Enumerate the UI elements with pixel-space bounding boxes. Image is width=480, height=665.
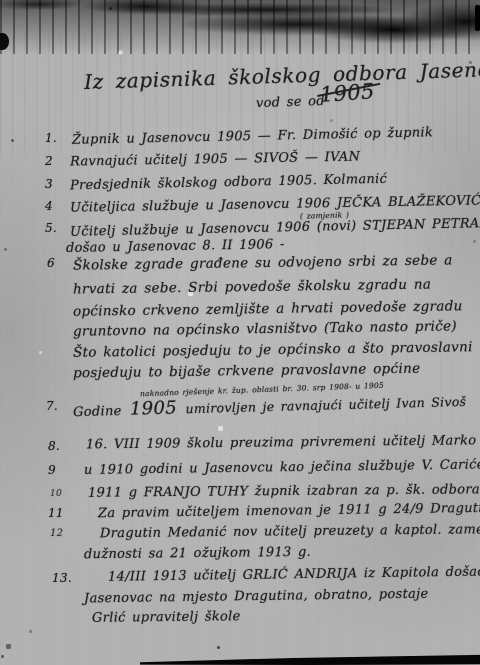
document-subtitle-year: 1905 <box>319 80 375 107</box>
scan-edge-mark-right <box>475 5 480 31</box>
entry-number: 1. <box>45 132 57 145</box>
entry-line-year: 1905 <box>128 397 180 419</box>
scan-edge-artifact-top <box>0 0 480 54</box>
entry-line: Grlić upravitelj škole <box>92 610 241 626</box>
document-subtitle: vod se od <box>256 95 325 112</box>
entry-line: Za pravim učiteljem imenovan je 1911 g 2… <box>98 501 480 522</box>
entry-number: 12 <box>50 528 63 539</box>
document-title: Iz zapisnika školskog odbora Jasenovac <box>84 57 480 93</box>
entry-line: došao u Jasenovac 8. II 1906 - <box>66 238 285 256</box>
entry-line: Župnik u Jasenovcu 1905 — Fr. Dimošić op… <box>72 126 433 148</box>
scan-noise-dark <box>0 0 1 1</box>
entry-line: 1911 g FRANJO TUHY župnik izabran za p. … <box>88 483 480 501</box>
entry-line: gruntovno na općinsko vlasništvo (Tako n… <box>73 319 457 339</box>
entry-line: Što katolici posjeduju to je općinsko a … <box>73 340 473 360</box>
scanned-manuscript-page: Iz zapisnika školskog odbora Jasenovac v… <box>0 0 480 665</box>
entry-line: Predsjednik školskog odbora 1905. Kolman… <box>70 173 387 194</box>
entry-line: posjeduju to bijaše crkvene pravoslavne … <box>73 362 421 382</box>
scan-edge-artifact-bottom <box>140 651 480 665</box>
entry-line: Dragutin Medanić nov učitelj preuzety a … <box>100 523 480 542</box>
entry-line: hrvati za sebe. Srbi povedoše školsku zg… <box>73 278 431 298</box>
entry-number: 2 <box>45 155 53 168</box>
entry-number: 4 <box>45 200 53 213</box>
entry-line: Školske zgrade građene su odvojeno srbi … <box>73 253 453 273</box>
entry-number: 6 <box>47 257 55 270</box>
entry-line: općinsko crkveno zemljište a hrvati pove… <box>73 299 463 319</box>
entry-line-prefix: Godine <box>73 404 122 420</box>
entry-line: dužnosti sa 21 ožujkom 1913 g. <box>84 546 311 563</box>
entry-number: 3 <box>45 178 53 191</box>
scan-edge-mark-left <box>0 33 9 50</box>
entry-line: Jasenovac na mjesto Dragutina, obratno, … <box>84 588 429 607</box>
entry-number: 7. <box>46 400 58 413</box>
entry-number: 13. <box>52 572 72 585</box>
scan-noise-light <box>0 0 1 1</box>
entry-number: 9 <box>48 464 56 477</box>
entry-line: u 1910 godini u Jasenovcu kao ječina slu… <box>84 458 480 478</box>
entry-line: umirovljen je ravnajući učitelj Ivan Siv… <box>185 394 466 416</box>
entry-line: 14/III 1913 učitelj GRLIĆ ANDRIJA iz Kap… <box>108 565 480 585</box>
entry-line: 16. VIII 1909 školu preuzima privremeni … <box>86 434 480 453</box>
entry-number: 8. <box>48 440 60 453</box>
entry-line: Učiteljica službuje u Jasenovcu 1906 JEČ… <box>70 194 480 215</box>
entry-number: 10 <box>50 490 62 500</box>
entry-number: 5. <box>45 222 57 235</box>
entry-number: 11 <box>48 507 64 520</box>
entry-line: Ravnajući učitelj 1905 — SIVOŠ — IVAN <box>70 150 360 169</box>
